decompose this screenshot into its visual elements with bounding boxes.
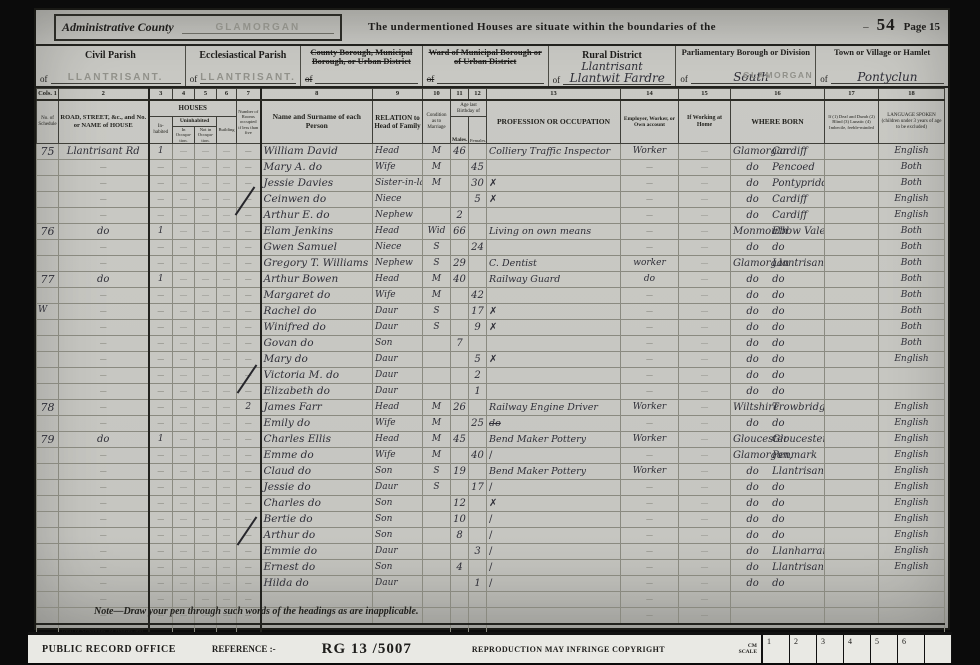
cell-relation: Son: [373, 495, 423, 511]
cell-language: Both: [879, 335, 945, 351]
cell-home: [679, 271, 731, 287]
cell-inhabited: [149, 287, 173, 303]
cell-relation: Head: [373, 399, 423, 415]
town-village-section: Town or Village or Hamlet ofPontyclun: [816, 46, 948, 86]
cell-schedule: [37, 415, 59, 431]
cell-road: [59, 527, 149, 543]
census-page: Administrative County GLAMORGAN The unde…: [34, 8, 950, 630]
cell-name: Mary A. do: [261, 159, 373, 175]
table-row: 77do1Arthur BowenHeadM40Railway Guarddod…: [37, 271, 945, 287]
cell-rooms: [237, 143, 261, 159]
cell-employer: [621, 511, 679, 527]
cell-infirmity: [825, 319, 879, 335]
ruler-cell: 2: [790, 635, 817, 663]
cell-condition: [423, 511, 451, 527]
cell-schedule: [37, 463, 59, 479]
header-in-occupation: In Occupa-tion.: [173, 127, 195, 144]
cell-road: [59, 447, 149, 463]
ward-value: [437, 83, 543, 84]
cell-rooms: [237, 575, 261, 591]
cell-name: Emme do: [261, 447, 373, 463]
cell-profession: /: [487, 543, 621, 559]
cell-language: English: [879, 143, 945, 159]
cell-name: Bertie do: [261, 511, 373, 527]
cell-relation: Son: [373, 335, 423, 351]
cell-home: [679, 479, 731, 495]
cell-inhabited: 1: [149, 143, 173, 159]
cell-born: doCardiff: [731, 191, 825, 207]
cell-profession: /: [487, 447, 621, 463]
table-row: Gwen SamuelNieceS24dodoBoth: [37, 239, 945, 255]
column-number: 13: [487, 89, 621, 101]
cell-inhabited: [149, 319, 173, 335]
administrative-county-box: Administrative County GLAMORGAN: [54, 14, 342, 41]
masthead: Administrative County GLAMORGAN The unde…: [36, 10, 948, 46]
table-row: Mary doDaur5✗dodoEnglish: [37, 351, 945, 367]
cell-infirmity: [825, 431, 879, 447]
cell-building: [217, 143, 237, 159]
cell-condition: [423, 495, 451, 511]
cell-born: GlamorganCardiff: [731, 143, 825, 159]
cell-road: [59, 591, 149, 607]
cell-condition: S: [423, 303, 451, 319]
cell-infirmity: [825, 239, 879, 255]
header-where-born: WHERE BORN: [731, 100, 825, 143]
cell-infirmity: [825, 447, 879, 463]
cell-inhabited: [149, 159, 173, 175]
header-schedule: No. of Schedule: [37, 100, 59, 143]
cell-building: [217, 415, 237, 431]
cell-infirmity: [825, 191, 879, 207]
cell-home: [679, 431, 731, 447]
cell-u_occ: [173, 223, 195, 239]
cell-employer: [621, 543, 679, 559]
cell-relation: Daur: [373, 383, 423, 399]
cell-inhabited: [149, 543, 173, 559]
cell-relation: Daur: [373, 543, 423, 559]
cell-building: [217, 351, 237, 367]
cell-relation: Daur: [373, 351, 423, 367]
cell-building: [217, 319, 237, 335]
cell-schedule: [37, 511, 59, 527]
cell-schedule: [37, 447, 59, 463]
cell-relation: Head: [373, 431, 423, 447]
cell-infirmity: [825, 559, 879, 575]
ruler-cell: [925, 635, 952, 663]
cell-infirmity: [825, 255, 879, 271]
cell-employer: [621, 559, 679, 575]
parliamentary-borough-section: Parliamentary Borough or Division ofSout…: [676, 46, 816, 86]
cell-relation: Wife: [373, 287, 423, 303]
cell-infirmity: [825, 335, 879, 351]
cell-born: dodo: [731, 511, 825, 527]
cell-condition: M: [423, 399, 451, 415]
cell-age_m: [451, 607, 469, 624]
cell-infirmity: [825, 175, 879, 191]
page-number: Page 15: [904, 21, 940, 33]
cell-road: [59, 463, 149, 479]
table-row: Charles doSon12✗dodoEnglish: [37, 495, 945, 511]
cell-condition: [423, 527, 451, 543]
cell-relation: Head: [373, 143, 423, 159]
cell-inhabited: [149, 335, 173, 351]
cell-road: [59, 239, 149, 255]
cell-language: English: [879, 479, 945, 495]
cell-age_f: 3: [469, 543, 487, 559]
cell-name: Emmie do: [261, 543, 373, 559]
column-number: 9: [373, 89, 423, 101]
cell-infirmity: [825, 543, 879, 559]
cell-born: dodo: [731, 367, 825, 383]
cell-inhabited: [149, 399, 173, 415]
cell-infirmity: [825, 479, 879, 495]
cell-employer: [621, 175, 679, 191]
county-borough-section: County Borough, Municipal Borough, or Ur…: [301, 46, 423, 86]
cell-inhabited: [149, 447, 173, 463]
cell-home: [679, 303, 731, 319]
cell-home: [679, 351, 731, 367]
cell-building: [217, 255, 237, 271]
cell-schedule: [37, 607, 59, 624]
cell-schedule: W: [37, 303, 59, 319]
cell-building: [217, 287, 237, 303]
cell-age_f: 45: [469, 159, 487, 175]
cell-language: [879, 575, 945, 591]
table-row: Claud doSonS19Bend Maker PotteryWorkerdo…: [37, 463, 945, 479]
cell-road: [59, 495, 149, 511]
cell-building: [217, 575, 237, 591]
cell-inhabited: [149, 479, 173, 495]
cell-u_not: [195, 495, 217, 511]
cell-employer: Worker: [621, 463, 679, 479]
cell-road: do: [59, 271, 149, 287]
cell-infirmity: [825, 415, 879, 431]
column-number: 11: [451, 89, 469, 101]
cell-age_m: [451, 287, 469, 303]
cell-name: Elizabeth do: [261, 383, 373, 399]
cell-road: [59, 351, 149, 367]
cell-age_f: 24: [469, 239, 487, 255]
cell-u_not: [195, 543, 217, 559]
town-village-value: Pontyclun: [831, 71, 944, 84]
cell-schedule: [37, 159, 59, 175]
cell-employer: [621, 303, 679, 319]
cm-scale-label: CMSCALE: [739, 643, 757, 655]
table-row: Emily doWifeM25dododoEnglish: [37, 415, 945, 431]
cell-born: dodo: [731, 271, 825, 287]
cell-profession: Living on own means: [487, 223, 621, 239]
cell-age_f: 17: [469, 479, 487, 495]
cell-building: [217, 335, 237, 351]
cell-name: Margaret do: [261, 287, 373, 303]
cell-relation: Daur: [373, 319, 423, 335]
cell-inhabited: [149, 207, 173, 223]
column-number: 17: [825, 89, 879, 101]
cell-employer: [621, 415, 679, 431]
cell-rooms: [237, 303, 261, 319]
cell-rooms: [237, 463, 261, 479]
cell-home: [679, 591, 731, 607]
cell-building: [217, 431, 237, 447]
cell-schedule: [37, 527, 59, 543]
cell-road: [59, 415, 149, 431]
header-inhabited: In-habited: [149, 117, 173, 144]
cell-u_occ: [173, 479, 195, 495]
cell-u_not: [195, 463, 217, 479]
cell-inhabited: [149, 367, 173, 383]
cell-inhabited: [149, 383, 173, 399]
cell-born: [731, 591, 825, 607]
cell-employer: [621, 479, 679, 495]
cell-age_m: [451, 351, 469, 367]
cell-age_f: [469, 591, 487, 607]
cell-building: [217, 447, 237, 463]
cell-inhabited: [149, 175, 173, 191]
cell-condition: [423, 559, 451, 575]
cell-age_m: 10: [451, 511, 469, 527]
cell-schedule: [37, 239, 59, 255]
cell-rooms: [237, 447, 261, 463]
cell-inhabited: 1: [149, 271, 173, 287]
cell-u_not: [195, 511, 217, 527]
cell-condition: S: [423, 479, 451, 495]
table-row: Elizabeth doDaur1dodo: [37, 383, 945, 399]
cell-schedule: [37, 559, 59, 575]
cell-infirmity: [825, 607, 879, 624]
table-row: 782James FarrHeadM26Railway Engine Drive…: [37, 399, 945, 415]
cell-home: [679, 607, 731, 624]
cell-relation: Wife: [373, 415, 423, 431]
cell-u_not: [195, 287, 217, 303]
cell-home: [679, 191, 731, 207]
cell-born: MonmouthEbbw Vale: [731, 223, 825, 239]
cell-language: Both: [879, 287, 945, 303]
cell-age_m: [451, 591, 469, 607]
header-houses: HOUSES: [149, 100, 237, 117]
cell-inhabited: [149, 351, 173, 367]
cell-employer: [621, 239, 679, 255]
cell-building: [217, 511, 237, 527]
cell-relation: Niece: [373, 191, 423, 207]
of-label: of: [553, 75, 561, 85]
header-profession: PROFESSION OR OCCUPATION: [487, 100, 621, 143]
cell-employer: Worker: [621, 143, 679, 159]
cell-road: do: [59, 431, 149, 447]
cell-schedule: [37, 287, 59, 303]
cell-schedule: 79: [37, 431, 59, 447]
cell-language: English: [879, 543, 945, 559]
cell-language: [879, 591, 945, 607]
cell-relation: Head: [373, 223, 423, 239]
cell-building: [217, 543, 237, 559]
cell-name: Rachel do: [261, 303, 373, 319]
column-number: 5: [195, 89, 217, 101]
header-working-at-home: If Working at Home: [679, 100, 731, 143]
cell-road: [59, 287, 149, 303]
cell-name: Jessie Davies: [261, 175, 373, 191]
cell-employer: [621, 351, 679, 367]
cell-building: [217, 175, 237, 191]
cell-u_occ: [173, 191, 195, 207]
header-males: Males.: [451, 117, 469, 144]
cell-profession: ✗: [487, 319, 621, 335]
civil-parish-section: Civil Parish ofLLANTRISANT.: [36, 46, 186, 86]
cell-infirmity: [825, 223, 879, 239]
header-not-in-occupation: Not in Occupa-tion.: [195, 127, 217, 144]
ecclesiastical-parish-section: Ecclesiastical Parish ofLLANTRISANT.: [186, 46, 301, 86]
cell-born: doCardiff: [731, 207, 825, 223]
cell-age_f: 42: [469, 287, 487, 303]
cell-age_f: [469, 335, 487, 351]
cell-u_occ: [173, 335, 195, 351]
table-row: Arthur doSon8/dodoEnglish: [37, 527, 945, 543]
cell-age_m: 45: [451, 431, 469, 447]
cell-road: [59, 559, 149, 575]
cell-employer: [621, 335, 679, 351]
cell-home: [679, 175, 731, 191]
cell-name: Govan do: [261, 335, 373, 351]
cell-profession: [487, 207, 621, 223]
cell-u_not: [195, 351, 217, 367]
cell-language: Both: [879, 271, 945, 287]
cell-u_occ: [173, 159, 195, 175]
cell-u_occ: [173, 511, 195, 527]
cell-road: [59, 383, 149, 399]
cell-home: [679, 511, 731, 527]
cell-name: Ernest do: [261, 559, 373, 575]
cell-schedule: [37, 367, 59, 383]
table-row: WRachel doDaurS17✗dodoBoth: [37, 303, 945, 319]
cell-relation: Niece: [373, 239, 423, 255]
cell-condition: [423, 207, 451, 223]
cell-building: [217, 271, 237, 287]
cell-employer: Worker: [621, 431, 679, 447]
cell-u_not: [195, 431, 217, 447]
cell-u_occ: [173, 367, 195, 383]
census-rows: 75Llantrisant Rd1William DavidHeadM46Col…: [37, 143, 945, 624]
cell-relation: Head: [373, 271, 423, 287]
situate-text: The undermentioned Houses are situate wi…: [368, 21, 716, 33]
cell-employer: [621, 367, 679, 383]
cell-road: [59, 511, 149, 527]
cell-employer: Worker: [621, 399, 679, 415]
table-row: Govan doSon7dodoBoth: [37, 335, 945, 351]
cell-building: [217, 159, 237, 175]
cell-profession: Railway Guard: [487, 271, 621, 287]
cell-inhabited: [149, 495, 173, 511]
cell-rooms: [237, 287, 261, 303]
header-row-main: No. of Schedule ROAD, STREET, &c., and N…: [37, 100, 945, 117]
cell-home: [679, 575, 731, 591]
cell-employer: [621, 319, 679, 335]
cell-born: dodo: [731, 479, 825, 495]
cell-age_m: 12: [451, 495, 469, 511]
cell-u_not: [195, 479, 217, 495]
cell-condition: S: [423, 255, 451, 271]
table-row: Margaret doWifeM42dodoBoth: [37, 287, 945, 303]
cell-road: [59, 319, 149, 335]
cell-employer: do: [621, 271, 679, 287]
cell-relation: Nephew: [373, 207, 423, 223]
cell-name: Victoria M. do: [261, 367, 373, 383]
cell-home: [679, 447, 731, 463]
cell-infirmity: [825, 511, 879, 527]
reference-number: RG 13 /5007: [322, 641, 412, 658]
cell-rooms: [237, 431, 261, 447]
cell-condition: M: [423, 287, 451, 303]
cell-profession: [487, 383, 621, 399]
cell-born: doLlantrisant: [731, 559, 825, 575]
ruler-cell: 1: [763, 635, 790, 663]
table-row: Jessie DaviesSister-in-lawM30✗doPontypri…: [37, 175, 945, 191]
cell-home: [679, 543, 731, 559]
header-building: Building: [217, 117, 237, 144]
cell-u_occ: [173, 447, 195, 463]
cell-rooms: [237, 559, 261, 575]
cell-profession: /: [487, 479, 621, 495]
cell-u_not: [195, 239, 217, 255]
cell-home: [679, 335, 731, 351]
cell-language: English: [879, 511, 945, 527]
cell-inhabited: [149, 527, 173, 543]
cell-building: [217, 479, 237, 495]
of-label: of: [305, 74, 313, 84]
cell-u_not: [195, 159, 217, 175]
footer-strip: PUBLIC RECORD OFFICE REFERENCE :- RG 13 …: [28, 632, 952, 663]
cell-born: dodo: [731, 239, 825, 255]
of-label: of: [40, 74, 48, 84]
cell-born: dodo: [731, 319, 825, 335]
cell-schedule: [37, 191, 59, 207]
header-age: Age last Birthday of: [451, 100, 487, 117]
cell-u_not: [195, 383, 217, 399]
table-row: Hilda doDaur1/dodo: [37, 575, 945, 591]
cell-inhabited: [149, 511, 173, 527]
cell-road: [59, 175, 149, 191]
cell-home: [679, 223, 731, 239]
cell-condition: [423, 191, 451, 207]
cell-relation: Son: [373, 463, 423, 479]
public-record-office-label: PUBLIC RECORD OFFICE: [42, 644, 176, 655]
administrative-county-stamp: GLAMORGAN: [182, 22, 334, 34]
cell-name: Charles Ellis: [261, 431, 373, 447]
cell-born: GlamorganLlantrisant: [731, 255, 825, 271]
cell-road: [59, 399, 149, 415]
cell-condition: M: [423, 143, 451, 159]
cell-age_f: 30: [469, 175, 487, 191]
ruler-cell: 6: [898, 635, 925, 663]
cell-age_f: 25: [469, 415, 487, 431]
cell-age_f: [469, 399, 487, 415]
cell-profession: /: [487, 575, 621, 591]
cell-road: [59, 543, 149, 559]
cell-home: [679, 495, 731, 511]
cell-building: [217, 399, 237, 415]
column-number: 3: [149, 89, 173, 101]
cell-name: Arthur E. do: [261, 207, 373, 223]
reference-label: REFERENCE :-: [212, 644, 276, 654]
cell-born: dodo: [731, 303, 825, 319]
cell-language: English: [879, 559, 945, 575]
header-language: LANGUAGE SPOKEN (children under 3 years …: [879, 100, 945, 143]
cell-age_f: 17: [469, 303, 487, 319]
cell-born: dodo: [731, 335, 825, 351]
cell-u_occ: [173, 559, 195, 575]
cell-building: [217, 383, 237, 399]
cell-employer: [621, 607, 679, 624]
cell-age_m: [451, 479, 469, 495]
cell-condition: [423, 591, 451, 607]
